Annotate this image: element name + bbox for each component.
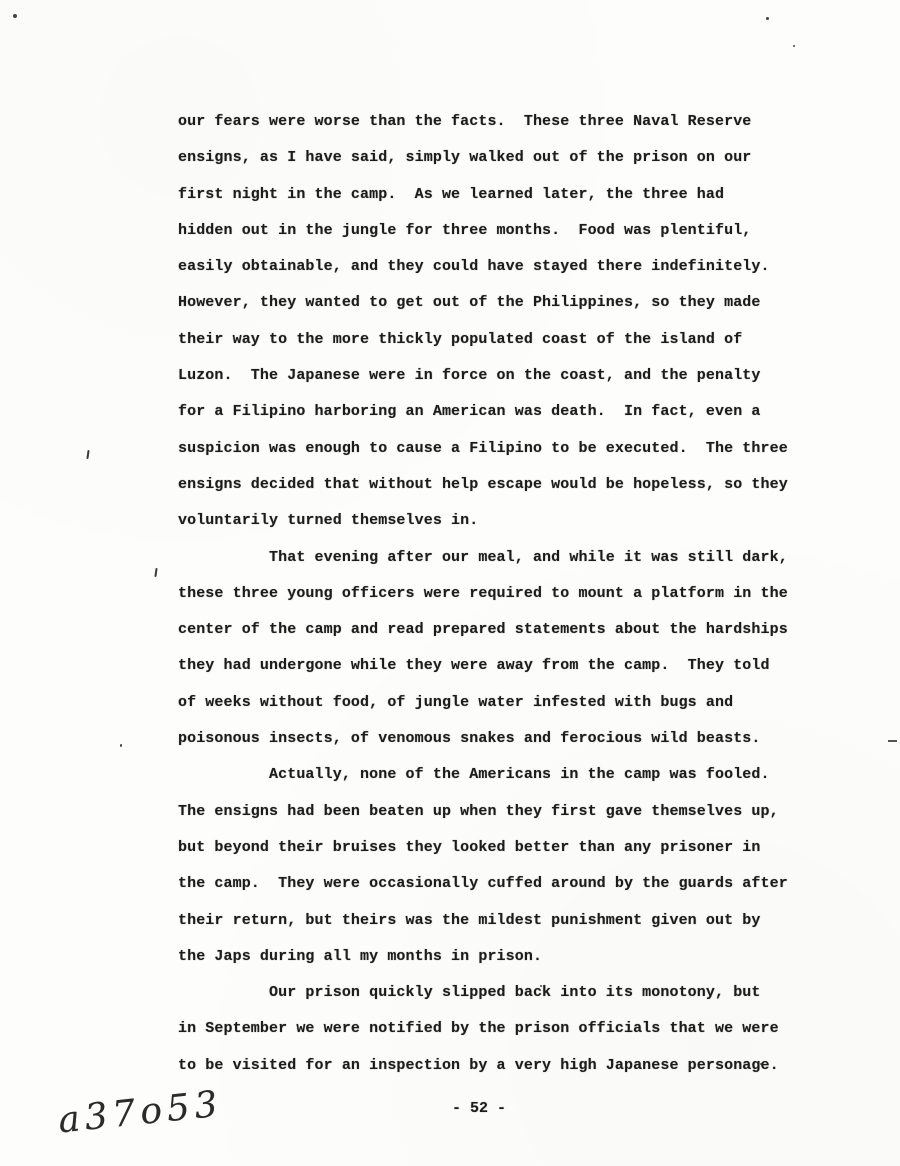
document-line: these three young officers were required… [178, 576, 818, 612]
document-line: our fears were worse than the facts. The… [178, 104, 818, 140]
document-line: The ensigns had been beaten up when they… [178, 794, 818, 830]
document-line: but beyond their bruises they looked bet… [178, 830, 818, 866]
document-line: they had undergone while they were away … [178, 648, 818, 684]
document-line: easily obtainable, and they could have s… [178, 249, 818, 285]
scan-speck [766, 17, 769, 20]
scan-edge-mark [888, 740, 897, 742]
document-line: hidden out in the jungle for three month… [178, 213, 818, 249]
document-line: ensigns, as I have said, simply walked o… [178, 140, 818, 176]
document-line: to be visited for an inspection by a ver… [178, 1048, 818, 1084]
document-line: However, they wanted to get out of the P… [178, 285, 818, 321]
scanned-document-page: our fears were worse than the facts. The… [0, 0, 900, 1166]
page-number: - 52 - [452, 1100, 506, 1117]
document-body: our fears were worse than the facts. The… [178, 104, 818, 1084]
document-line: of weeks without food, of jungle water i… [178, 685, 818, 721]
scan-tick-mark [86, 450, 89, 459]
document-line: first night in the camp. As we learned l… [178, 177, 818, 213]
document-line: their way to the more thickly populated … [178, 322, 818, 358]
scan-speck [120, 744, 122, 747]
document-line: Our prison quickly slipped back into its… [178, 975, 818, 1011]
document-line: in September we were notified by the pri… [178, 1011, 818, 1047]
scan-speck [540, 985, 542, 987]
document-line: center of the camp and read prepared sta… [178, 612, 818, 648]
scan-speck [760, 1063, 762, 1065]
document-line: voluntarily turned themselves in. [178, 503, 818, 539]
document-line: the camp. They were occasionally cuffed … [178, 866, 818, 902]
document-line: suspicion was enough to cause a Filipino… [178, 431, 818, 467]
scan-speck [13, 14, 17, 18]
document-line: for a Filipino harboring an American was… [178, 394, 818, 430]
handwritten-annotation: a37o53 [56, 1084, 224, 1142]
document-line: That evening after our meal, and while i… [178, 540, 818, 576]
scan-tick-mark [154, 568, 157, 577]
document-line: Actually, none of the Americans in the c… [178, 757, 818, 793]
document-line: poisonous insects, of venomous snakes an… [178, 721, 818, 757]
document-line: their return, but theirs was the mildest… [178, 903, 818, 939]
scan-speck [793, 45, 795, 47]
document-line: ensigns decided that without help escape… [178, 467, 818, 503]
document-line: the Japs during all my months in prison. [178, 939, 818, 975]
document-line: Luzon. The Japanese were in force on the… [178, 358, 818, 394]
